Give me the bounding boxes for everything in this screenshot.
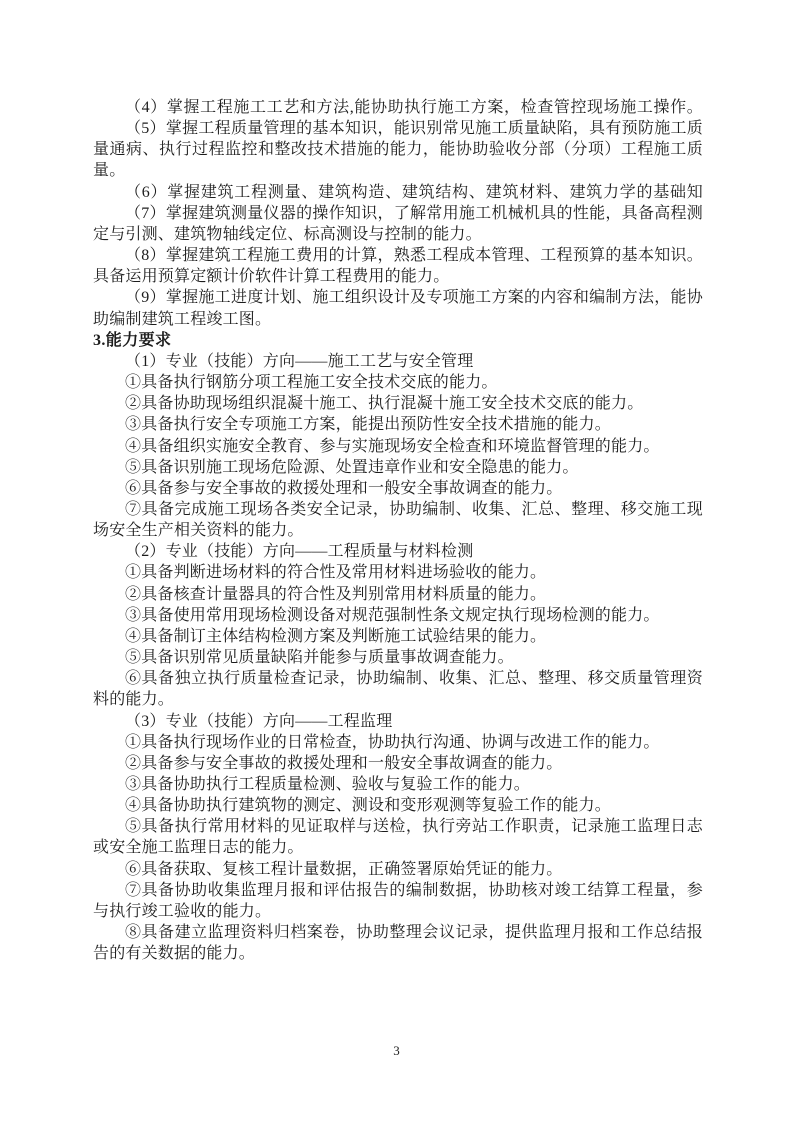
text-line: ②具备核查计量器具的符合性及判别常用材料质量的能力。	[93, 584, 703, 605]
text-line: （8）掌握建筑工程施工费用的计算，熟悉工程成本管理、工程预算的基本知识。	[93, 245, 703, 266]
text-line: ⑥具备参与安全事故的救援处理和一般安全事故调查的能力。	[93, 478, 703, 499]
text-line: ⑦具备协助收集监理月报和评估报告的编制数据，协助核对竣工结算工程量，参	[93, 880, 703, 901]
text-line: （7）掌握建筑测量仪器的操作知识，了解常用施工机械机具的性能，具备高程测	[93, 203, 703, 224]
text-line: 量。	[93, 160, 703, 181]
text-line: ⑤具备执行常用材料的见证取样与送检，执行旁站工作职责，记录施工监理日志	[93, 816, 703, 837]
text-line: ④具备协助执行建筑物的测定、测设和变形观测等复验工作的能力。	[93, 795, 703, 816]
document-body: （4）掌握工程施工工艺和方法,能协助执行施工方案，检查管控现场施工操作。（5）掌…	[93, 97, 703, 964]
text-line: 或安全施工监理日志的能力。	[93, 837, 703, 858]
text-line: ①具备执行现场作业的日常检查，协助执行沟通、协调与改进工作的能力。	[93, 732, 703, 753]
text-line: 定与引测、建筑物轴线定位、标高测设与控制的能力。	[93, 224, 703, 245]
text-line: （2）专业（技能）方向——工程质量与材料检测	[93, 541, 703, 562]
text-line: （4）掌握工程施工工艺和方法,能协助执行施工方案，检查管控现场施工操作。	[93, 97, 703, 118]
text-line: ③具备执行安全专项施工方案，能提出预防性安全技术措施的能力。	[93, 414, 703, 435]
page-number: 3	[0, 1043, 793, 1059]
text-line: ⑦具备完成施工现场各类安全记录，协助编制、收集、汇总、整理、移交施工现	[93, 499, 703, 520]
text-line: 助编制建筑工程竣工图。	[93, 309, 703, 330]
section-heading: 3.能力要求	[93, 330, 703, 351]
text-line: 与执行竣工验收的能力。	[93, 901, 703, 922]
text-line: ③具备协助执行工程质量检测、验收与复验工作的能力。	[93, 774, 703, 795]
text-line: （5）掌握工程质量管理的基本知识，能识别常见施工质量缺陷，具有预防施工质	[93, 118, 703, 139]
text-line: ②具备参与安全事故的救援处理和一般安全事故调查的能力。	[93, 753, 703, 774]
text-line: （9）掌握施工进度计划、施工组织设计及专项施工方案的内容和编制方法，能协	[93, 287, 703, 308]
text-line: ③具备使用常用现场检测设备对规范强制性条文规定执行现场检测的能力。	[93, 605, 703, 626]
text-line: ④具备制订主体结构检测方案及判断施工试验结果的能力。	[93, 626, 703, 647]
text-line: ⑥具备独立执行质量检查记录，协助编制、收集、汇总、整理、移交质量管理资	[93, 668, 703, 689]
text-line: 量通病、执行过程监控和整改技术措施的能力，能协助验收分部（分项）工程施工质	[93, 139, 703, 160]
text-line: （1）专业（技能）方向——施工工艺与安全管理	[93, 351, 703, 372]
document-page: （4）掌握工程施工工艺和方法,能协助执行施工方案，检查管控现场施工操作。（5）掌…	[0, 0, 793, 1122]
text-line: 料的能力。	[93, 689, 703, 710]
text-line: 具备运用预算定额计价软件计算工程费用的能力。	[93, 266, 703, 287]
text-line: ①具备执行钢筋分项工程施工安全技术交底的能力。	[93, 372, 703, 393]
text-line: ②具备协助现场组织混凝十施工、执行混凝十施工安全技术交底的能力。	[93, 393, 703, 414]
text-line: ⑤具备识别施工现场危险源、处置违章作业和安全隐患的能力。	[93, 457, 703, 478]
text-line: 告的有关数据的能力。	[93, 943, 703, 964]
text-line: 场安全生产相关资料的能力。	[93, 520, 703, 541]
text-line: （3）专业（技能）方向——工程监理	[93, 711, 703, 732]
text-line: ⑧具备建立监理资料归档案卷，协助整理会议记录，提供监理月报和工作总结报	[93, 922, 703, 943]
text-line: ④具备组织实施安全教育、参与实施现场安全检查和环境监督管理的能力。	[93, 436, 703, 457]
text-line: ⑥具备获取、复核工程计量数据，正确签署原始凭证的能力。	[93, 859, 703, 880]
text-line: ①具备判断进场材料的符合性及常用材料进场验收的能力。	[93, 562, 703, 583]
text-line: ⑤具备识别常见质量缺陷并能参与质量事故调查能力。	[93, 647, 703, 668]
text-line: （6）掌握建筑工程测量、建筑构造、建筑结构、建筑材料、建筑力学的基础知识。	[93, 182, 703, 203]
